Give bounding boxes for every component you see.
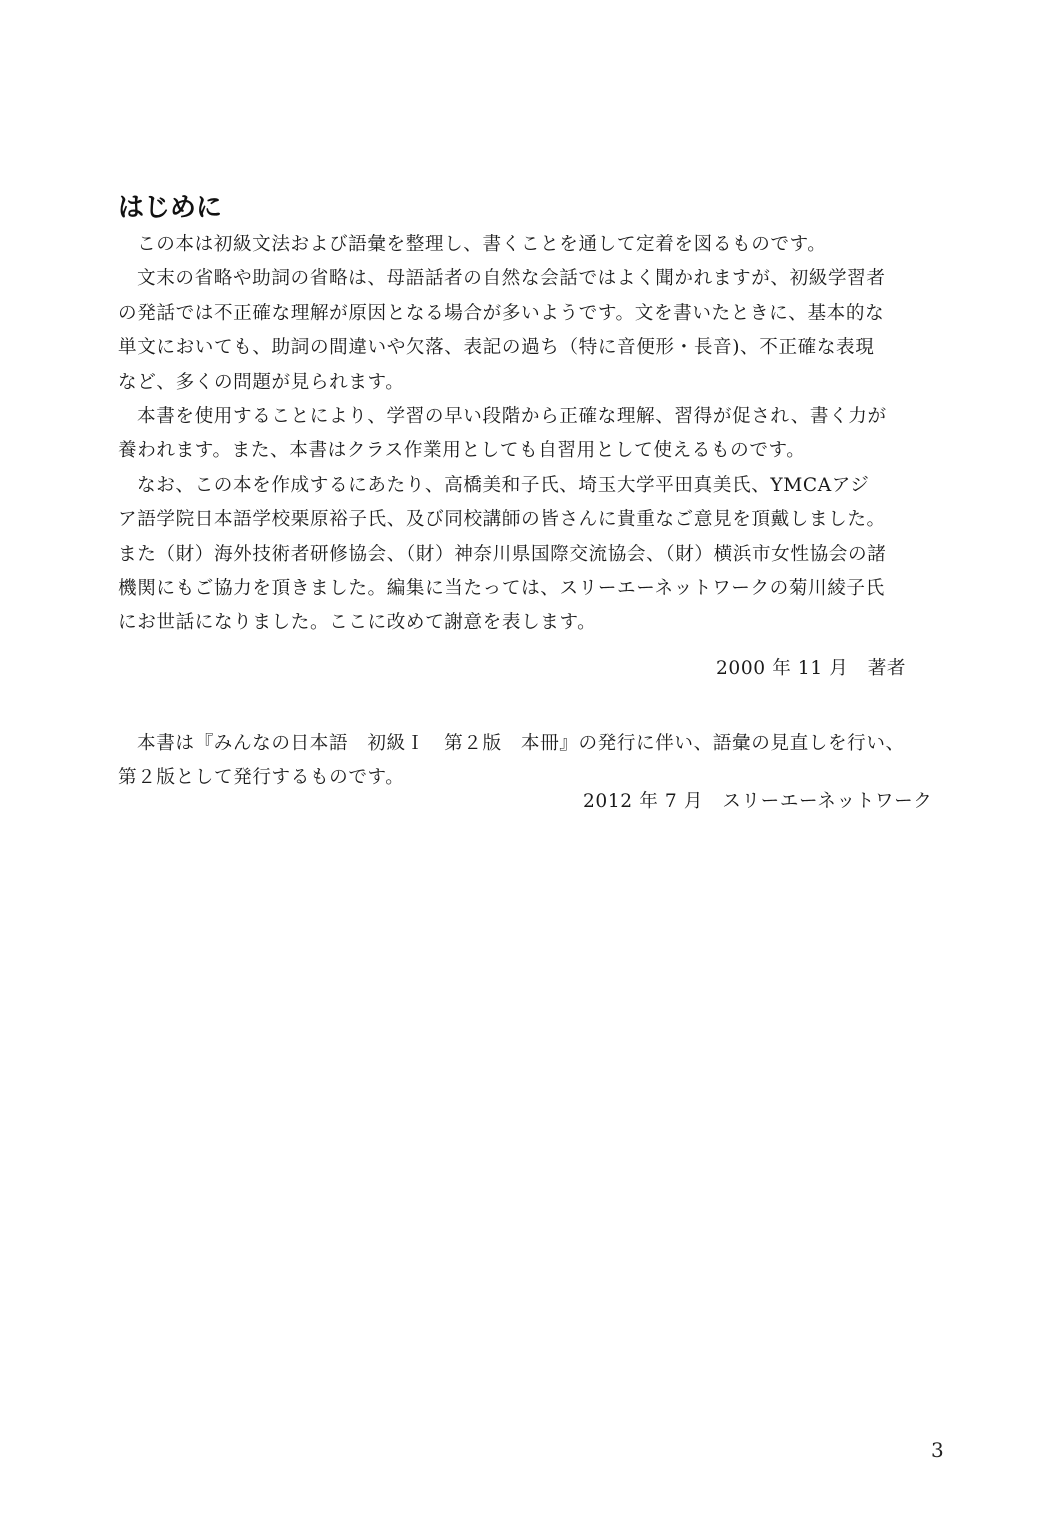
paragraph-4-line-2: ア語学院日本語学校栗原裕子氏、及び同校講師の皆さんに貴重なご意見を頂戴しました。 xyxy=(118,503,948,537)
paragraph-3-line-1: 本書を使用することにより、学習の早い段階から正確な理解、習得が促され、書く力が xyxy=(118,400,948,434)
preface-body: この本は初級文法および語彙を整理し、書くことを通して定着を図るものです。 文末の… xyxy=(118,228,948,641)
document-page: はじめに この本は初級文法および語彙を整理し、書くことを通して定着を図るものです… xyxy=(0,0,1063,1536)
paragraph-2-line-3: 単文においても、助詞の間違いや欠落、表記の過ち（特に音便形・長音)、不正確な表現 xyxy=(118,331,948,365)
page-number: 3 xyxy=(931,1436,944,1464)
page-title: はじめに xyxy=(118,188,222,228)
paragraph-2-line-1: 文末の省略や助詞の省略は、母語話者の自然な会話ではよく聞かれますが、初級学習者 xyxy=(118,262,948,296)
paragraph-4-line-3: また（財）海外技術者研修協会、（財）神奈川県国際交流協会、（財）横浜市女性協会の… xyxy=(118,538,948,572)
signature-publisher-date: 2012 年 7 月 スリーエーネットワーク xyxy=(583,785,932,819)
paragraph-3-line-2: 養われます。また、本書はクラス作業用としても自習用として使えるものです。 xyxy=(118,434,948,468)
paragraph-4-line-1: なお、この本を作成するにあたり、高橋美和子氏、埼玉大学平田真美氏、YMCAアジ xyxy=(118,469,948,503)
paragraph-1-line-1: この本は初級文法および語彙を整理し、書くことを通して定着を図るものです。 xyxy=(118,228,948,262)
paragraph-2-line-4: など、多くの問題が見られます。 xyxy=(118,366,948,400)
paragraph-4-line-5: にお世話になりました。ここに改めて謝意を表します。 xyxy=(118,606,948,640)
note-line-1: 本書は『みんなの日本語 初級Ｉ 第２版 本冊』の発行に伴い、語彙の見直しを行い、 xyxy=(118,727,948,761)
paragraph-4-line-4: 機関にもご協力を頂きました。編集に当たっては、スリーエーネットワークの菊川綾子氏 xyxy=(118,572,948,606)
signature-author-date: 2000 年 11 月 著者 xyxy=(716,652,906,686)
paragraph-2-line-2: の発話では不正確な理解が原因となる場合が多いようです。文を書いたときに、基本的な xyxy=(118,297,948,331)
